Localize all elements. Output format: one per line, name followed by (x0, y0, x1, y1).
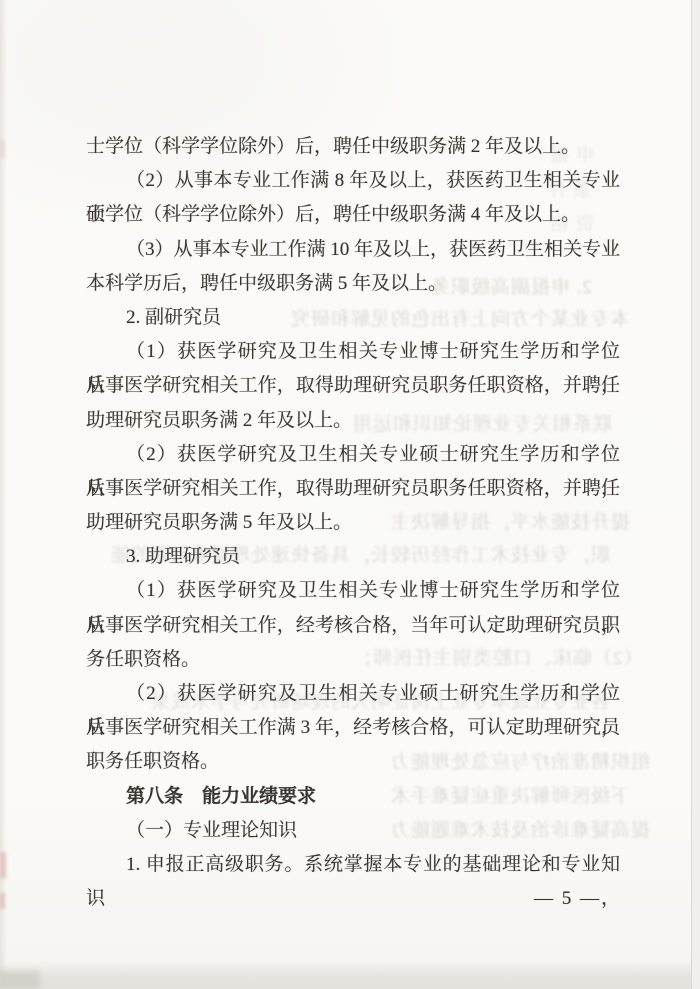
text-line: 1. 申报正高级职务。系统掌握本专业的基础理论和专业知识， (86, 848, 620, 882)
text-line: 士学位（科学学位除外）后，聘任中级职务满 2 年及以上。 (86, 130, 620, 164)
text-line: 从事医学研究相关工作，经考核合格，当年可认定助理研究员职 (86, 609, 620, 643)
text-line: 务任职资格。 (86, 643, 620, 677)
page-right-edge (691, 0, 700, 989)
text-line: 职务任职资格。 (86, 745, 620, 779)
text-line: 从事医学研究相关工作满 3 年，经考核合格，可认定助理研究员 (86, 711, 620, 745)
text-line: 助理研究员职务满 5 年及以上。 (86, 506, 620, 540)
text-line: 助理研究员职务满 2 年及以上。 (86, 404, 620, 438)
text-line: （一）专业理论知识 (86, 814, 620, 848)
text-line: 从事医学研究相关工作，取得助理研究员职务任职资格，并聘任 (86, 472, 620, 506)
document-lines: 士学位（科学学位除外）后，聘任中级职务满 2 年及以上。（2）从事本专业工作满 … (86, 130, 620, 882)
text-line: （3）从事本专业工作满 10 年及以上，获医药卫生相关专业 (86, 233, 620, 267)
text-line: （1）获医学研究及卫生相关专业博士研究生学历和学位后， (86, 335, 620, 369)
text-line: 本科学历后，聘任中级职务满 5 年及以上。 (86, 267, 620, 301)
text-line: 第八条 能力业绩要求 (86, 780, 620, 814)
page-number: — 5 — (0, 888, 601, 910)
text-line: 2. 副研究员 (86, 301, 620, 335)
bottom-edge-shadow (0, 961, 691, 989)
text-line: （1）获医学研究及卫生相关专业博士研究生学历和学位后， (86, 574, 620, 608)
scan-artifact (0, 893, 5, 909)
text-line: 从事医学研究相关工作，取得助理研究员职务任职资格，并聘任 (86, 369, 620, 403)
text-line: 士学位（科学学位除外）后，聘任中级职务满 4 年及以上。 (86, 198, 620, 232)
text-line: 3. 助理研究员 (86, 540, 620, 574)
text-line: （2）获医学研究及卫生相关专业硕士研究生学历和学位后， (86, 438, 620, 472)
scanned-document-page: 申 报条 件资 格2. 申报副高级职务本专业某个方向上有出色的见解和研究联系相关… (0, 0, 700, 989)
scan-artifact (0, 971, 40, 989)
text-line: （2）从事本专业工作满 8 年及以上，获医药卫生相关专业硕 (86, 164, 620, 198)
text-line: （2）获医学研究及卫生相关专业硕士研究生学历和学位后， (86, 677, 620, 711)
scan-artifact (0, 852, 6, 878)
scan-artifact (0, 140, 5, 158)
